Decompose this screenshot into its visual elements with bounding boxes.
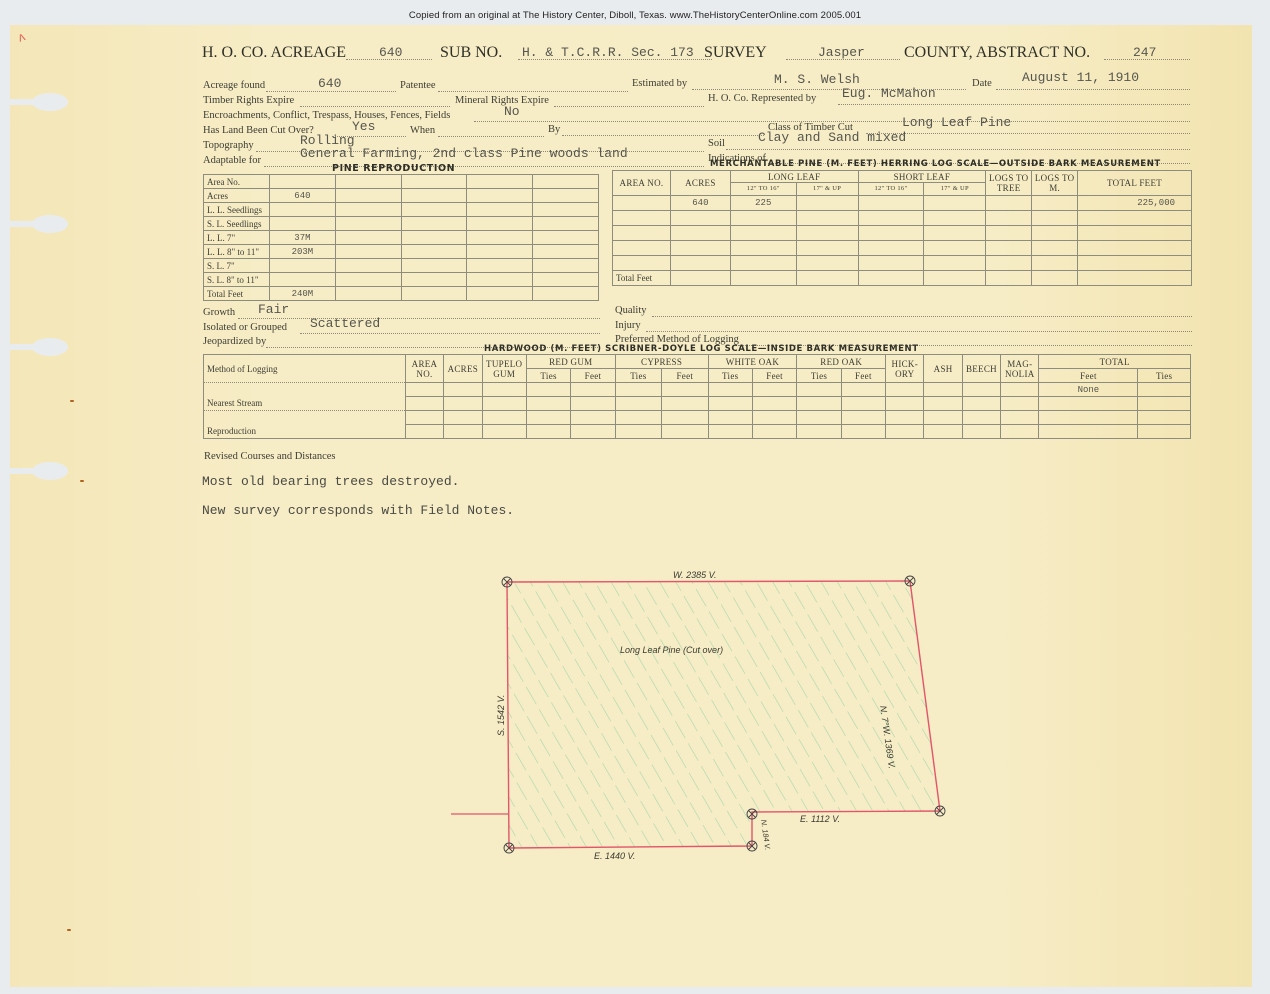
west-line-label: S. 1542 V. bbox=[496, 695, 506, 736]
tract-hatched-area bbox=[507, 581, 940, 848]
north-line-label: W. 2385 V. bbox=[673, 570, 717, 580]
south-east-line-label: E. 1112 V. bbox=[800, 814, 840, 824]
south-west-line-label: E. 1440 V. bbox=[594, 851, 635, 861]
survey-plat-drawing bbox=[0, 0, 1270, 994]
tract-area-label: Long Leaf Pine (Cut over) bbox=[620, 645, 723, 655]
